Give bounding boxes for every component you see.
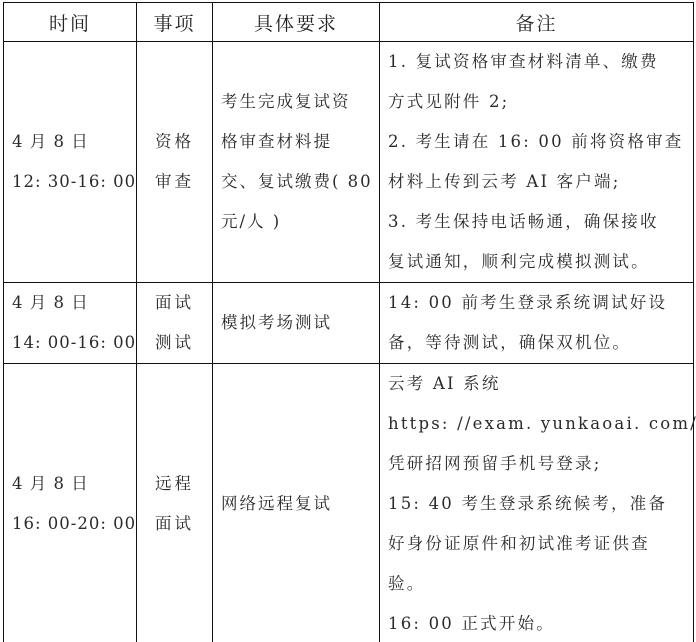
requirement-cell: 模拟考场测试 (213, 283, 380, 364)
note-text: 材料上传到云考 AI 客户端; (388, 162, 689, 202)
header-time: 时间 (4, 3, 137, 42)
note-text: 15: 40 考生登录系统候考，准备 (388, 484, 689, 524)
time-range-text: 12: 30-16: 00 (12, 162, 136, 202)
header-item: 事项 (137, 3, 213, 42)
item-text: 测试 (137, 323, 212, 363)
requirement-text: 考生完成复试资 (221, 82, 377, 122)
note-text: 方式见附件 2; (388, 82, 689, 122)
table-row: 4 月 8 日 16: 00-20: 00 远程 面试 网络远程复试 云考 AI… (4, 364, 694, 642)
note-text: 验。 (388, 564, 689, 604)
time-cell: 4 月 8 日 14: 00-16: 00 (4, 283, 137, 364)
requirement-cell: 考生完成复试资 格审查材料提 交、复试缴费( 80 元/人 ) (213, 42, 380, 283)
header-row: 时间 事项 具体要求 备注 (4, 3, 694, 42)
date-text: 4 月 8 日 (12, 464, 136, 504)
note-text: 备，等待测试，确保双机位。 (388, 323, 689, 363)
notes-cell: 14: 00 前考生登录系统调试好设 备，等待测试，确保双机位。 (380, 283, 694, 364)
requirement-cell: 网络远程复试 (213, 364, 380, 642)
item-text: 面试 (137, 504, 212, 544)
item-cell: 资格 审查 (137, 42, 213, 283)
item-text: 远程 (137, 464, 212, 504)
date-text: 4 月 8 日 (12, 283, 136, 323)
requirement-text: 元/人 ) (221, 202, 377, 242)
item-cell: 面试 测试 (137, 283, 213, 364)
note-text: 3. 考生保持电话畅通，确保接收 (388, 202, 689, 242)
schedule-table: 时间 事项 具体要求 备注 4 月 8 日 12: 30-16: 00 资格 审… (3, 2, 694, 642)
item-text: 资格 (137, 122, 212, 162)
time-range-text: 14: 00-16: 00 (12, 323, 136, 363)
requirement-text: 网络远程复试 (221, 484, 377, 524)
table-row: 4 月 8 日 14: 00-16: 00 面试 测试 模拟考场测试 14: 0… (4, 283, 694, 364)
notes-cell: 云考 AI 系统 https: //exam. yunkaoai. com/, … (380, 364, 694, 642)
time-range-text: 16: 00-20: 00 (12, 504, 136, 544)
url-text: https: //exam. yunkaoai. com/, (388, 404, 689, 444)
time-cell: 4 月 8 日 16: 00-20: 00 (4, 364, 137, 642)
item-text: 审查 (137, 162, 212, 202)
date-text: 4 月 8 日 (12, 122, 136, 162)
notes-cell: 1. 复试资格审查材料清单、缴费 方式见附件 2; 2. 考生请在 16: 00… (380, 42, 694, 283)
item-cell: 远程 面试 (137, 364, 213, 642)
note-text: 16: 00 正式开始。 (388, 604, 689, 642)
header-notes: 备注 (380, 3, 694, 42)
note-text: 1. 复试资格审查材料清单、缴费 (388, 42, 689, 82)
requirement-text: 格审查材料提 (221, 122, 377, 162)
requirement-text: 模拟考场测试 (221, 303, 377, 343)
note-text: 云考 AI 系统 (388, 364, 689, 404)
note-text: 复试通知，顺利完成模拟测试。 (388, 242, 689, 282)
time-cell: 4 月 8 日 12: 30-16: 00 (4, 42, 137, 283)
note-text: 好身份证原件和初试准考证供查 (388, 524, 689, 564)
note-text: 凭研招网预留手机号登录; (388, 444, 689, 484)
header-requirement: 具体要求 (213, 3, 380, 42)
requirement-text: 交、复试缴费( 80 (221, 162, 377, 202)
item-text: 面试 (137, 283, 212, 323)
table-row: 4 月 8 日 12: 30-16: 00 资格 审查 考生完成复试资 格审查材… (4, 42, 694, 283)
note-text: 14: 00 前考生登录系统调试好设 (388, 283, 689, 323)
note-text: 2. 考生请在 16: 00 前将资格审查 (388, 122, 689, 162)
